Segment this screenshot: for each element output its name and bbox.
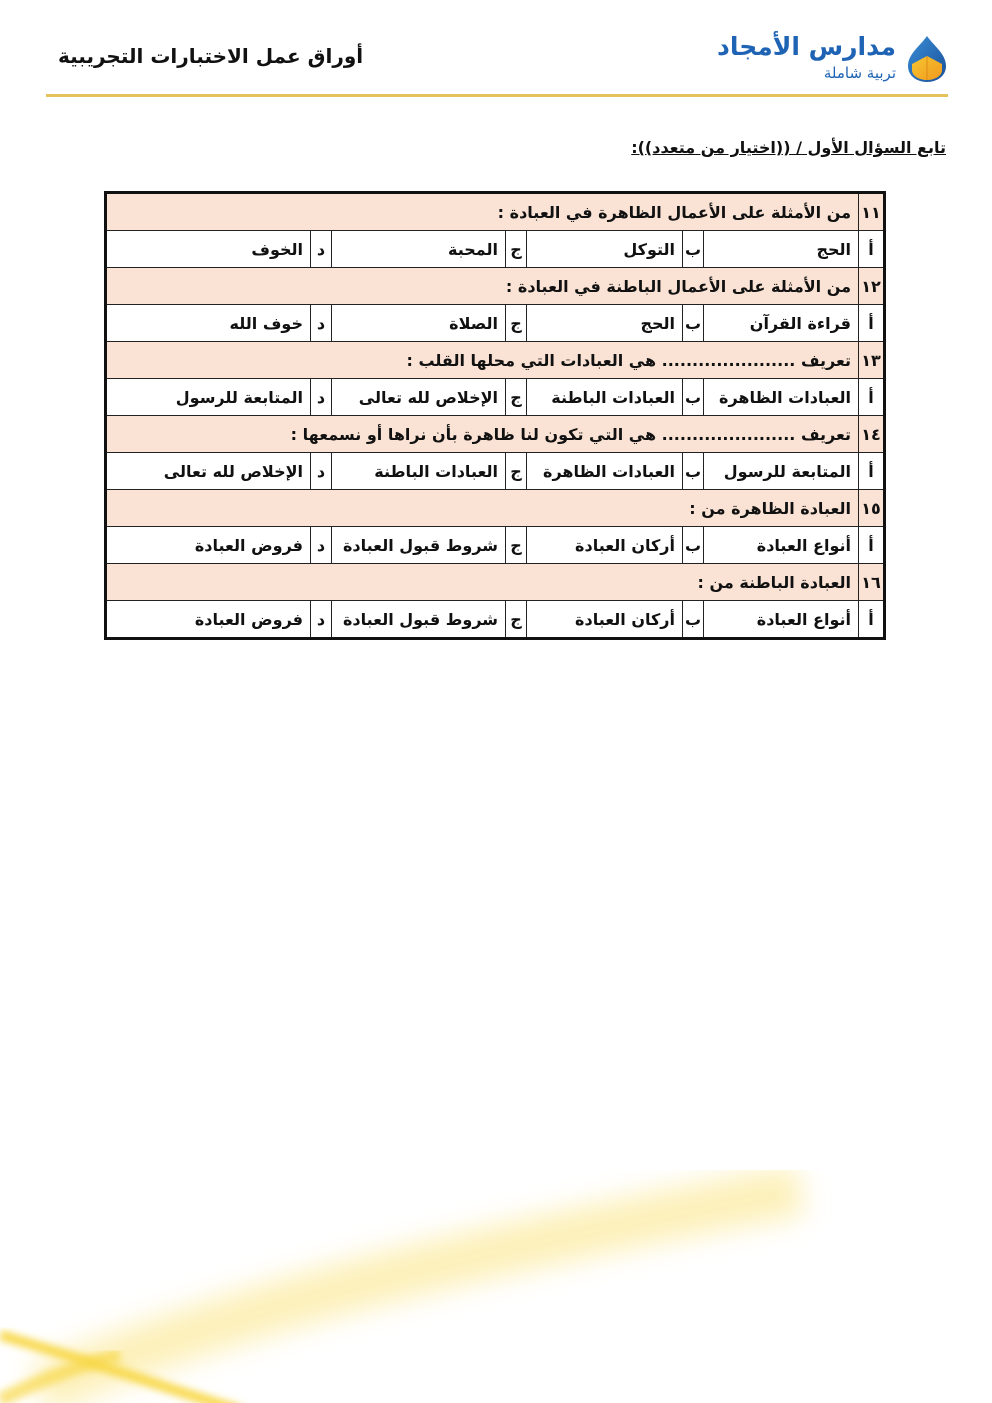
options-row: أ أنواع العبادة ب أركان العبادة ج شروط ق…: [106, 601, 885, 639]
option-letter-c: ج: [506, 231, 527, 268]
option-letter-b: ب: [683, 379, 704, 416]
question-text: من الأمثلة على الأعمال الباطنة في العباد…: [106, 268, 859, 305]
options-row: أ قراءة القرآن ب الحج ج الصلاة د خوف الل…: [106, 305, 885, 342]
question-text: تعريف ...................... هي العبادات…: [106, 342, 859, 379]
option-a[interactable]: المتابعة للرسول: [704, 453, 859, 490]
option-c[interactable]: شروط قبول العبادة: [332, 527, 506, 564]
option-letter-d: د: [311, 379, 332, 416]
question-text: تعريف ...................... هي التي تكو…: [106, 416, 859, 453]
questions-table: ١١ من الأمثلة على الأعمال الظاهرة في الع…: [104, 191, 886, 640]
option-letter-c: ج: [506, 379, 527, 416]
option-a[interactable]: العبادات الظاهرة: [704, 379, 859, 416]
option-d[interactable]: المتابعة للرسول: [106, 379, 311, 416]
option-letter-b: ب: [683, 527, 704, 564]
question-text: العبادة الباطنة من :: [106, 564, 859, 601]
options-row: أ أنواع العبادة ب أركان العبادة ج شروط ق…: [106, 527, 885, 564]
option-c[interactable]: الصلاة: [332, 305, 506, 342]
option-letter-d: د: [311, 601, 332, 639]
option-letter-c: ج: [506, 305, 527, 342]
header-divider: [46, 94, 948, 97]
option-b[interactable]: أركان العبادة: [527, 601, 683, 639]
page-header: مدارس الأمجاد تربية شاملة أوراق عمل الاخ…: [0, 0, 992, 100]
option-a[interactable]: أنواع العبادة: [704, 601, 859, 639]
question-row: ١١ من الأمثلة على الأعمال الظاهرة في الع…: [106, 193, 885, 231]
option-letter-a: أ: [859, 305, 885, 342]
option-a[interactable]: الحج: [704, 231, 859, 268]
option-a[interactable]: أنواع العبادة: [704, 527, 859, 564]
option-letter-d: د: [311, 527, 332, 564]
options-row: أ الحج ب التوكل ج المحبة د الخوف: [106, 231, 885, 268]
section-title: تابع السؤال الأول / ((اختيار من متعدد)):: [631, 138, 946, 157]
logo-subtitle: تربية شاملة: [824, 64, 896, 82]
option-b[interactable]: العبادات الباطنة: [527, 379, 683, 416]
option-letter-b: ب: [683, 453, 704, 490]
document-title: أوراق عمل الاختبارات التجريبية: [58, 44, 363, 68]
option-letter-b: ب: [683, 305, 704, 342]
question-number: ١١: [859, 193, 885, 231]
option-d[interactable]: فروض العبادة: [106, 601, 311, 639]
question-row: ١٥ العبادة الظاهرة من :: [106, 490, 885, 527]
option-letter-d: د: [311, 305, 332, 342]
option-letter-c: ج: [506, 527, 527, 564]
option-b[interactable]: أركان العبادة: [527, 527, 683, 564]
options-row: أ العبادات الظاهرة ب العبادات الباطنة ج …: [106, 379, 885, 416]
option-letter-a: أ: [859, 453, 885, 490]
option-d[interactable]: خوف الله: [106, 305, 311, 342]
option-c[interactable]: العبادات الباطنة: [332, 453, 506, 490]
option-b[interactable]: التوكل: [527, 231, 683, 268]
question-number: ١٥: [859, 490, 885, 527]
option-letter-c: ج: [506, 601, 527, 639]
option-letter-b: ب: [683, 231, 704, 268]
question-text: من الأمثلة على الأعمال الظاهرة في العباد…: [106, 193, 859, 231]
option-letter-a: أ: [859, 379, 885, 416]
option-c[interactable]: شروط قبول العبادة: [332, 601, 506, 639]
logo-drop-icon: [906, 34, 948, 84]
question-row: ١٢ من الأمثلة على الأعمال الباطنة في الع…: [106, 268, 885, 305]
option-letter-a: أ: [859, 601, 885, 639]
background-swoosh-decoration: [0, 1150, 992, 1403]
option-letter-b: ب: [683, 601, 704, 639]
logo-title: مدارس الأمجاد: [717, 32, 896, 61]
question-number: ١٤: [859, 416, 885, 453]
question-row: ١٤ تعريف ...................... هي التي …: [106, 416, 885, 453]
option-c[interactable]: المحبة: [332, 231, 506, 268]
question-number: ١٦: [859, 564, 885, 601]
option-letter-d: د: [311, 231, 332, 268]
option-c[interactable]: الإخلاص لله تعالى: [332, 379, 506, 416]
option-d[interactable]: الخوف: [106, 231, 311, 268]
option-letter-d: د: [311, 453, 332, 490]
option-b[interactable]: الحج: [527, 305, 683, 342]
question-number: ١٢: [859, 268, 885, 305]
option-letter-a: أ: [859, 527, 885, 564]
option-d[interactable]: الإخلاص لله تعالى: [106, 453, 311, 490]
question-row: ١٦ العبادة الباطنة من :: [106, 564, 885, 601]
options-row: أ المتابعة للرسول ب العبادات الظاهرة ج ا…: [106, 453, 885, 490]
option-letter-c: ج: [506, 453, 527, 490]
school-logo: مدارس الأمجاد تربية شاملة: [738, 32, 948, 88]
option-d[interactable]: فروض العبادة: [106, 527, 311, 564]
question-row: ١٣ تعريف ...................... هي العبا…: [106, 342, 885, 379]
option-a[interactable]: قراءة القرآن: [704, 305, 859, 342]
question-number: ١٣: [859, 342, 885, 379]
question-text: العبادة الظاهرة من :: [106, 490, 859, 527]
option-b[interactable]: العبادات الظاهرة: [527, 453, 683, 490]
option-letter-a: أ: [859, 231, 885, 268]
